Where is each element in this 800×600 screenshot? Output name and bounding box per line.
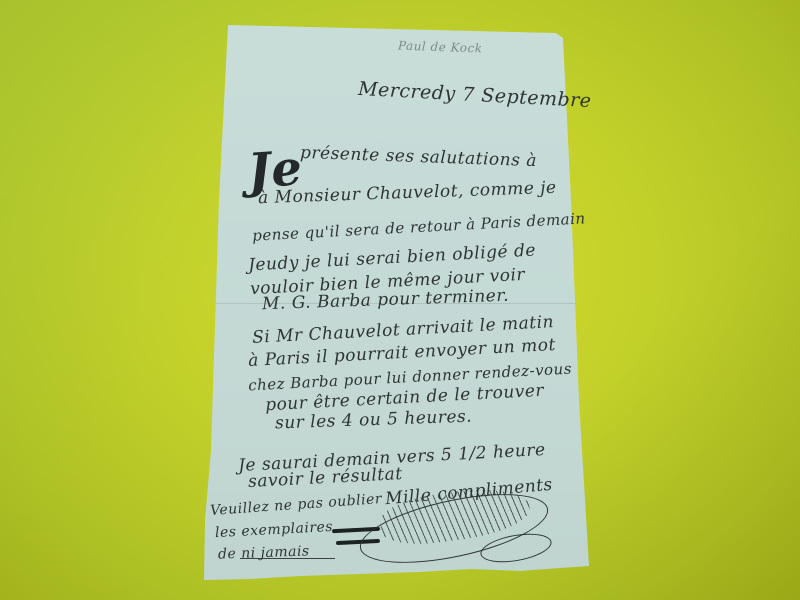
postscript-line-3: de ni jamais: [218, 543, 310, 562]
postscript-underline: [240, 558, 335, 559]
pencil-note: Paul de Kock: [398, 39, 483, 56]
